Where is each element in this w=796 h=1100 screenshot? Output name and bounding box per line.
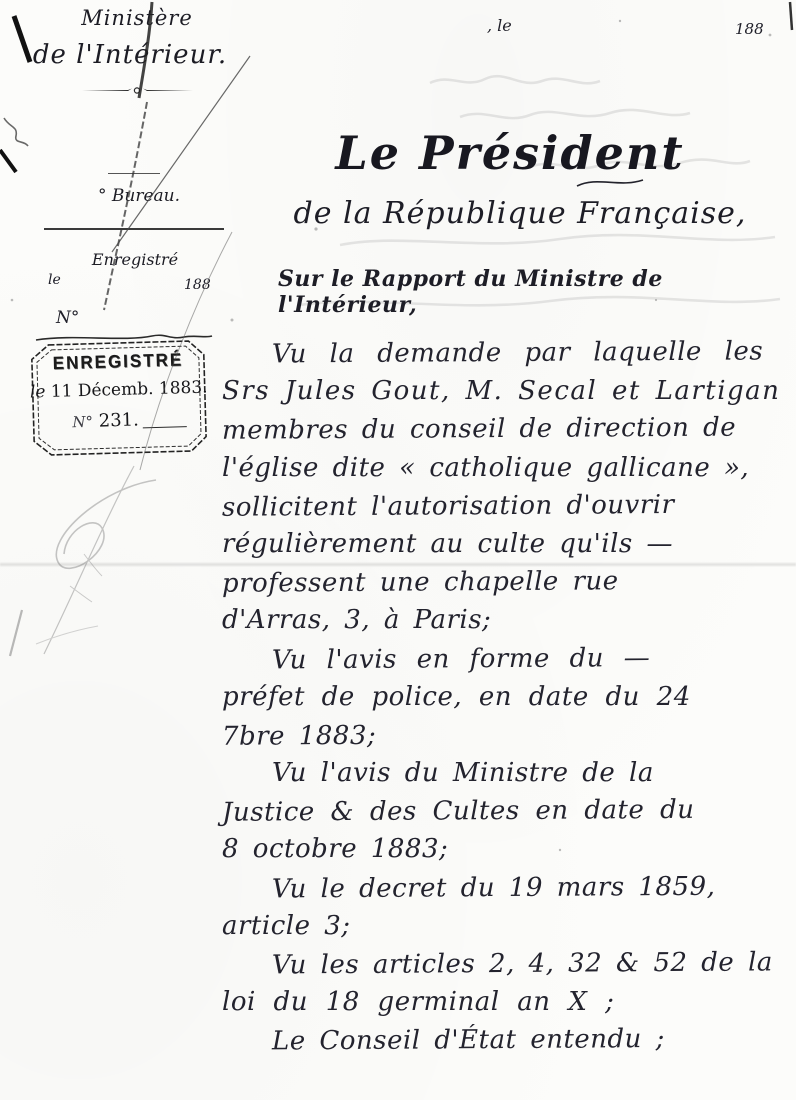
document-title: Le Président	[230, 126, 790, 180]
title-flourish	[575, 176, 645, 190]
manuscript-line: Vu l'avis du Ministre de la	[222, 754, 790, 792]
manuscript-line: loi du 18 germinal an X ;	[222, 983, 790, 1021]
manuscript-line: Vu le decret du 19 mars 1859,	[222, 867, 790, 909]
manuscript-line: l'église dite « catholique gallicane »,	[222, 449, 790, 487]
manuscript-line: préfet de police, en date du 24	[222, 678, 790, 716]
manuscript-line: professent une chapelle rue	[222, 561, 790, 603]
manuscript-body: Vu la demande par laquelle lesSrs Jules …	[222, 334, 790, 1060]
manuscript-line: 8 octobre 1883;	[222, 830, 790, 868]
manuscript-line: Srs Jules Gout, M. Secal et Lartigan	[222, 372, 790, 410]
manuscript-line: membres du conseil de direction de	[222, 409, 790, 451]
manuscript-line: d'Arras, 3, à Paris;	[222, 601, 790, 639]
manuscript-line: Le Conseil d'État entendu ;	[222, 1020, 790, 1062]
manuscript-line: Justice & des Cultes en date du	[222, 791, 790, 833]
paper-crease	[0, 562, 796, 567]
manuscript-line: régulièrement au culte qu'ils —	[222, 525, 790, 563]
document-subtitle: de la République Française,	[230, 196, 796, 231]
manuscript-line: Vu l'avis en forme du —	[222, 638, 790, 680]
scanned-document-page: , le 188 Ministère de l'Intérieur. ° Bur…	[0, 0, 796, 1100]
manuscript-line: Vu les articles 2, 4, 32 & 52 de la	[222, 943, 790, 985]
manuscript-line: article 3;	[222, 907, 790, 945]
manuscript-line: sollicitent l'autorisation d'ouvrir	[222, 485, 790, 527]
report-clause: Sur le Rapport du Ministre de l'Intérieu…	[278, 266, 796, 318]
manuscript-line: Vu la demande par laquelle les	[222, 332, 790, 374]
manuscript-line: 7bre 1883;	[222, 714, 790, 756]
